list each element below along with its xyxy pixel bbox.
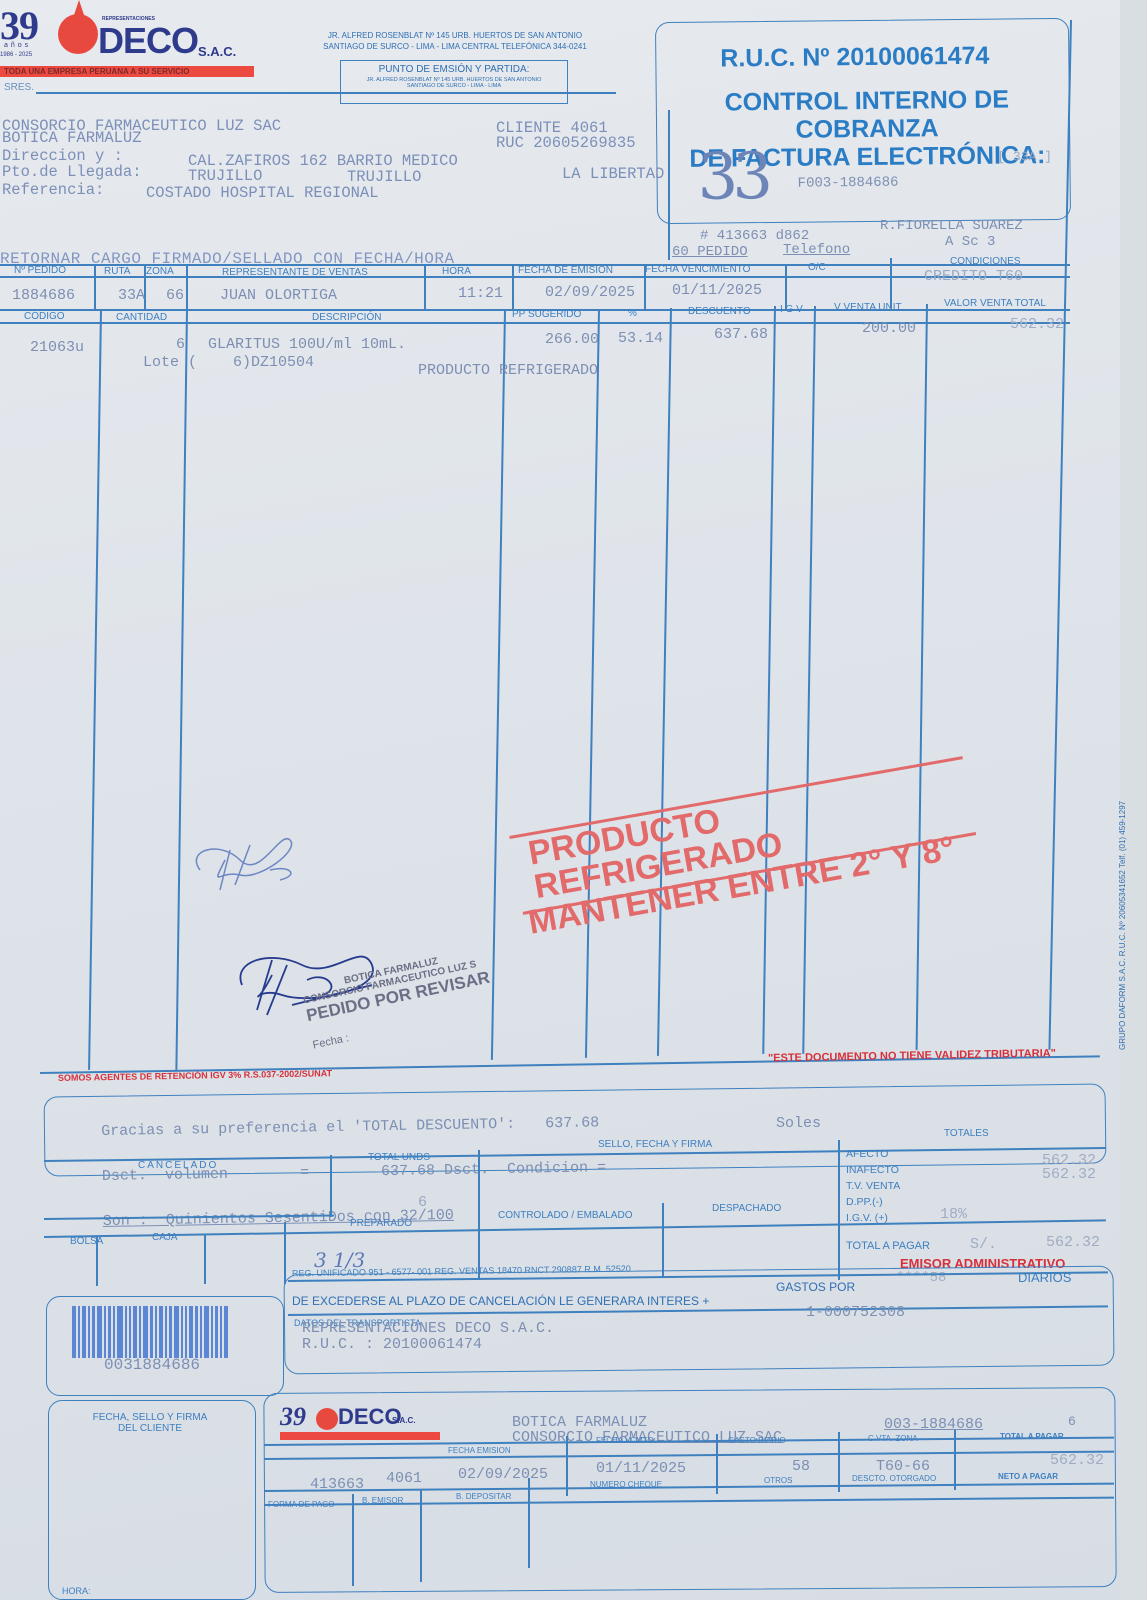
invoice-paper: 39 años 1986 - 2025 REPRESENTACIONES DEC…: [0, 0, 1120, 1600]
receipt-logo-suffix: S.A.C.: [392, 1416, 416, 1425]
order-header-oc: O/C: [808, 262, 826, 273]
receipt-due-label: FECHA VCMTO.: [596, 1436, 656, 1445]
order-header-fecha-emision: FECHA DE EMISIÓN: [518, 265, 613, 276]
order-header-hora: HORA: [442, 266, 471, 277]
hora-label: HORA:: [62, 1586, 91, 1596]
receipt-discount-label: DESCTO. OTORGADO: [852, 1474, 936, 1483]
preparado-label: PREPARADO: [350, 1218, 412, 1229]
signature-1: [180, 820, 320, 900]
transport-box: [283, 1266, 1114, 1375]
item-code: 21063u: [30, 339, 84, 356]
items-header-venta-unit: V VENTA UNIT: [834, 302, 902, 313]
order-line-2-mid: Telefono: [783, 242, 850, 258]
totals-title: TOTALES: [944, 1128, 989, 1139]
order-number: 1884686: [12, 287, 75, 304]
receipt-issue-label: FECHA EMISION: [448, 1446, 511, 1455]
total-units: 6: [418, 1194, 427, 1211]
items-header-descripcion: DESCRIPCIÓN: [312, 312, 381, 323]
item-description: GLARITUS 100U/ml 10mL.: [208, 336, 406, 353]
sres-label: SRES.: [4, 82, 34, 93]
issue-date: 02/09/2025: [545, 284, 635, 301]
items-header-codigo: CÓDIGO: [24, 311, 65, 322]
order-line-2-left: 60 PEDIDO: [672, 244, 748, 260]
order-zone: 66: [166, 287, 184, 304]
order-agent: R.FIORELLA SUAREZ: [880, 218, 1023, 234]
receipt-deposit-label: B. DEPOSITAR: [456, 1492, 511, 1501]
logo-years-range: 1986 - 2025: [0, 52, 32, 58]
receipt-total-label: TOTAL A PAGAR: [1000, 1432, 1064, 1441]
order-route: 33A: [118, 287, 145, 304]
receipt-emisor-label: B. EMISOR: [362, 1496, 403, 1505]
client-sign-label-1: FECHA, SELLO Y FIRMA: [80, 1412, 220, 1423]
stamp-label: SELLO, FECHA Y FIRMA: [598, 1139, 712, 1150]
barcode: [72, 1306, 228, 1358]
totals-label-igv: I.G.V. (+): [846, 1210, 900, 1226]
totals-label-afecto: AFECTO: [846, 1146, 900, 1162]
item-lot: Lote ( 6)DZ10504: [143, 354, 314, 371]
receipt-payment-label: FORMA DE PAGO: [268, 1500, 335, 1509]
cancelado-label: CANCELADO: [138, 1160, 218, 1171]
receipt-logo: 39 DECO S.A.C.: [280, 1402, 450, 1444]
order-header-representante: REPRESENTANTE DE VENTAS: [222, 267, 368, 278]
items-header-descuento: DESCUENTO: [688, 306, 751, 317]
receipt-red-band: [280, 1432, 440, 1440]
receipt-due-date: 01/11/2025: [596, 1460, 686, 1477]
bolsa-label: BOLSA: [70, 1236, 103, 1247]
items-header-pp-sugerido: PP SUGERIDO: [512, 309, 581, 320]
customer-reference: COSTADO HOSPITAL REGIONAL: [146, 185, 379, 202]
despachado-label: DESPACHADO: [712, 1203, 781, 1214]
customer-region: LA LIBERTAD: [562, 166, 664, 183]
currency: Soles: [776, 1115, 821, 1132]
order-header-pedido: Nº PEDIDO: [14, 265, 66, 276]
receipt-daily-cost-label: GASTO DIARIO: [728, 1436, 786, 1445]
total-discount: 637.68: [545, 1114, 599, 1132]
logo-suffix: S.A.C.: [198, 44, 236, 59]
total-value: 562.32: [1046, 1234, 1100, 1251]
address-line-2: SANTIAGO DE SURCO - LIMA - LIMA CENTRAL …: [310, 41, 600, 52]
controlado-label: CONTROLADO / EMBALADO: [498, 1210, 632, 1221]
receipt-zone-label: C.VTA. ZONA: [868, 1434, 918, 1443]
logo-years-word: años: [4, 42, 31, 49]
address-line-1: JR. ALFRED ROSENBLAT Nº 145 URB. HUERTOS…: [310, 30, 600, 41]
client-sign-label-2: DEL CLIENTE: [80, 1423, 220, 1434]
receipt-page-mark: 6: [1068, 1414, 1076, 1429]
customer-city: TRUJILLO: [188, 168, 262, 185]
order-header-zona: ZONA: [146, 266, 174, 277]
slogan-band: TODA UNA EMPRESA PERUANA A SU SERVICIO: [0, 66, 254, 77]
items-header-igv: I G V: [780, 304, 803, 315]
reference-label: Referencia:: [2, 182, 104, 199]
due-date: 01/11/2025: [672, 282, 762, 299]
receipt-net-label: NETO A PAGAR: [998, 1472, 1058, 1481]
receipt-logo-years: 39: [280, 1402, 306, 1432]
receipt-cheque-label: NUMERO CHEQUE: [590, 1480, 662, 1489]
receipt-total: 562.32: [1050, 1452, 1104, 1469]
item-quantity: 6: [176, 336, 185, 353]
logo-brand: DECO: [98, 20, 198, 62]
emission-point-line-2: SANTIAGO DE SURCO - LIMA - LIMA: [341, 83, 567, 89]
caja-label: CAJA: [152, 1232, 178, 1243]
totals-label-inafecto: INAFECTO: [846, 1162, 900, 1178]
company-logo: 39 años 1986 - 2025 REPRESENTACIONES DEC…: [0, 2, 260, 72]
sales-representative: JUAN OLORTIGA: [220, 287, 337, 304]
payment-conditions: CREDITO T60: [924, 268, 1023, 285]
items-header-percent: %: [628, 308, 637, 319]
order-line-2-right: A Sc 3: [945, 234, 995, 250]
item-discount: 637.68: [714, 326, 768, 343]
invoice-number: F003-1884686: [798, 175, 899, 192]
customer-trade-name: BOTICA FARMALUZ: [2, 130, 142, 147]
arrival-label: Pto.de Llegada:: [2, 164, 142, 181]
items-header-venta-total: VALOR VENTA TOTAL: [944, 298, 1046, 309]
order-header-ruta: RUTA: [104, 266, 130, 277]
barcode-number: 0031884686: [104, 1356, 200, 1374]
handwritten-number: 33: [697, 140, 767, 215]
item-pp-sugerido: 266.00: [545, 331, 599, 348]
printer-info: GRUPO DAFORM S.A.C. R.U.C. Nº 2060534165…: [1118, 801, 1127, 1050]
item-total: 562.32: [1010, 316, 1064, 333]
control-title-line-1: CONTROL INTERNO DE COBRANZA: [677, 85, 1058, 145]
emission-point-box: PUNTO DE EMSIÓN Y PARTIDA: JR. ALFRED RO…: [340, 60, 568, 104]
company-address: JR. ALFRED ROSENBLAT Nº 145 URB. HUERTOS…: [310, 30, 600, 52]
order-time: 11:21: [458, 285, 503, 302]
inafecto-value: 562.32: [1042, 1166, 1096, 1183]
ruc-box: R.U.C. Nº 20100061474 CONTROL INTERNO DE…: [655, 18, 1071, 224]
receipt-zone: T60-66: [876, 1458, 930, 1475]
client-sign-label: FECHA, SELLO Y FIRMA DEL CLIENTE: [80, 1412, 220, 1434]
refrigerated-stamp: PRODUCTO REFRIGERADO MANTENER ENTRE 2° Y…: [510, 760, 979, 929]
total-currency: S/.: [970, 1236, 997, 1253]
item-percent: 53.14: [618, 330, 663, 347]
no-validity-notice: "ESTE DOCUMENTO NO TIENE VALIDEZ TRIBUTA…: [768, 1047, 1056, 1064]
logo-drop-icon: [58, 14, 98, 54]
totals-label-tv-venta: T.V. VENTA: [846, 1178, 900, 1194]
totals-label-dpp: D.PP.(-): [846, 1194, 900, 1210]
totals-labels: AFECTO INAFECTO T.V. VENTA D.PP.(-) I.G.…: [846, 1146, 900, 1226]
receipt-client: 4061: [386, 1470, 422, 1487]
receipt-others-label: OTROS: [764, 1476, 792, 1485]
item-note: PRODUCTO REFRIGERADO: [418, 362, 598, 379]
route-code: [ 33A ]: [997, 149, 1052, 165]
receipt-logo-drop-icon: [316, 1408, 338, 1430]
thanks-line: Gracias a su preferencia el 'TOTAL DESCU…: [101, 1116, 515, 1140]
item-unit-price: 200.00: [862, 320, 916, 337]
order-header-condiciones: CONDICIONES: [950, 256, 1021, 267]
receipt-order-no: 413663: [310, 1476, 364, 1493]
total-units-label: TOTAL UNDS: [368, 1152, 430, 1163]
items-header-cantidad: CANTIDAD: [116, 312, 167, 323]
emission-point-title: PUNTO DE EMSIÓN Y PARTIDA:: [341, 64, 567, 75]
receipt-daily-cost: 58: [792, 1458, 810, 1475]
igv-rate: 18%: [940, 1206, 967, 1223]
receipt-doc-number: 003-1884686: [884, 1416, 983, 1433]
receipt-issue-date: 02/09/2025: [458, 1466, 548, 1483]
total-label: TOTAL A PAGAR: [846, 1240, 930, 1252]
client-ruc: RUC 20605269835: [496, 135, 636, 152]
ruc-number: R.U.C. Nº 20100061474: [720, 42, 989, 74]
order-header-fecha-vencimiento: FECHA VENCIMIENTO: [645, 264, 750, 275]
